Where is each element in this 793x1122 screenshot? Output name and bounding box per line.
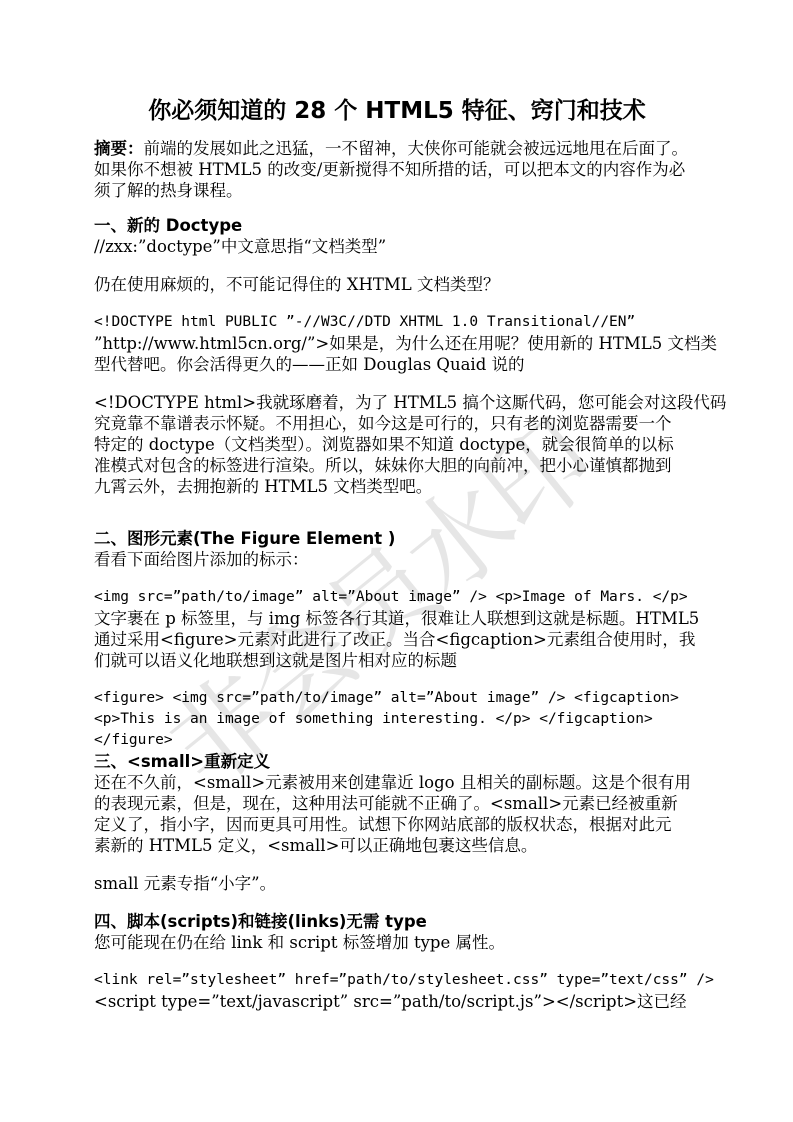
section2-para-line-2: 文字裹在 p 标签里，与 img 标签各行其道，很难让人联想到这就是标题。HTM… bbox=[94, 608, 700, 629]
section2-para-line-3: 通过采用<figure>元素对此进行了改正。当合<figcaption>元素组合… bbox=[94, 629, 700, 650]
section3-para-line-2: 的表现元素，但是，现在，这种用法可能就不正确了。<small>元素已经被重新 bbox=[94, 793, 700, 814]
section1-code-line-2: ”http://www.html5cn.org/”>如果是，为什么还在用呢？使用… bbox=[94, 333, 700, 354]
section1-heading: 一、新的 Doctype bbox=[94, 215, 700, 236]
section1-para-line-2: 究竟靠不靠谱表示怀疑。不用担心，如今这是可行的，只有老的浏览器需要一个 bbox=[94, 413, 700, 434]
section3-para-line-4: 素新的 HTML5 定义，<small>可以正确地包裹这些信息。 bbox=[94, 835, 700, 856]
section2-code-line-2: <p>This is an image of something interes… bbox=[94, 709, 700, 730]
abstract-label: 摘要： bbox=[94, 139, 144, 158]
abstract-line-2: 如果你不想被 HTML5 的改变/更新搅得不知所措的话，可以把本文的内容作为必 bbox=[94, 159, 700, 180]
section3-note-line: small 元素专指“小字”。 bbox=[94, 873, 700, 894]
document-page: 非会员水印 你必须知道的 28 个 HTML5 特征、窍门和技术 摘要：前端的发… bbox=[0, 0, 793, 1122]
section1-question-line: 仍在使用麻烦的，不可能记得住的 XHTML 文档类型？ bbox=[94, 274, 700, 295]
section3-para-line-3: 定义了，指小字，因而更具可用性。试想下你网站底部的版权状态，根据对此元 bbox=[94, 814, 700, 835]
section4-code-line-1: <link rel=”stylesheet” href=”path/to/sty… bbox=[94, 970, 700, 991]
section4-intro-line: 您可能现在仍在给 link 和 script 标签增加 type 属性。 bbox=[94, 932, 700, 953]
abstract-text-1: 前端的发展如此之迅猛，一不留神，大侠你可能就会被远远地甩在后面了。 bbox=[144, 139, 689, 158]
section1-para-line-1: <!DOCTYPE html>我就琢磨着，为了 HTML5 搞个这厮代码，您可能… bbox=[94, 392, 700, 413]
section3-para-line-1: 还在不久前，<small>元素被用来创建靠近 logo 且相关的副标题。这是个很… bbox=[94, 772, 700, 793]
section4-heading: 四、脚本(scripts)和链接(links)无需 type bbox=[94, 911, 700, 932]
section2-para-line-4: 们就可以语义化地联想到这就是图片相对应的标题 bbox=[94, 650, 700, 671]
section2-code-line-3: </figure> bbox=[94, 730, 700, 751]
abstract-line-1: 摘要：前端的发展如此之迅猛，一不留神，大侠你可能就会被远远地甩在后面了。 bbox=[94, 138, 700, 159]
section4-code-line-2: <script type=”text/javascript” src=”path… bbox=[94, 991, 700, 1012]
section1-note-line: //zxx:”doctype”中文意思指“文档类型” bbox=[94, 236, 700, 257]
blank-line bbox=[94, 295, 700, 312]
blank-line bbox=[94, 257, 700, 274]
blank-line bbox=[94, 497, 700, 514]
blank-line bbox=[94, 953, 700, 970]
section2-para-line-1: <img src=”path/to/image” alt=”About imag… bbox=[94, 587, 700, 608]
section2-code-line-1: <figure> <img src=”path/to/image” alt=”A… bbox=[94, 688, 700, 709]
section2-intro-line: 看看下面给图片添加的标示： bbox=[94, 549, 700, 570]
blank-line bbox=[94, 671, 700, 688]
section1-code-line-1: <!DOCTYPE html PUBLIC ”-//W3C//DTD XHTML… bbox=[94, 312, 700, 333]
blank-line bbox=[94, 856, 700, 873]
section2-heading: 二、图形元素(The Figure Element ) bbox=[94, 528, 700, 549]
page-title: 你必须知道的 28 个 HTML5 特征、窍门和技术 bbox=[94, 96, 700, 126]
section3-heading: 三、<small>重新定义 bbox=[94, 751, 700, 772]
blank-line bbox=[94, 375, 700, 392]
blank-line bbox=[94, 570, 700, 587]
section1-para-line-4: 准模式对包含的标签进行渲染。所以，妹妹你大胆的向前冲，把小心谨慎都抛到 bbox=[94, 455, 700, 476]
section1-para-line-5: 九霄云外，去拥抱新的 HTML5 文档类型吧。 bbox=[94, 476, 700, 497]
document-content: 你必须知道的 28 个 HTML5 特征、窍门和技术 摘要：前端的发展如此之迅猛… bbox=[0, 0, 793, 1012]
abstract-line-3: 须了解的热身课程。 bbox=[94, 180, 700, 201]
blank-line bbox=[94, 894, 700, 911]
section1-code-line-3: 型代替吧。你会活得更久的——正如 Douglas Quaid 说的 bbox=[94, 354, 700, 375]
section1-para-line-3: 特定的 doctype（文档类型）。浏览器如果不知道 doctype，就会很简单… bbox=[94, 434, 700, 455]
